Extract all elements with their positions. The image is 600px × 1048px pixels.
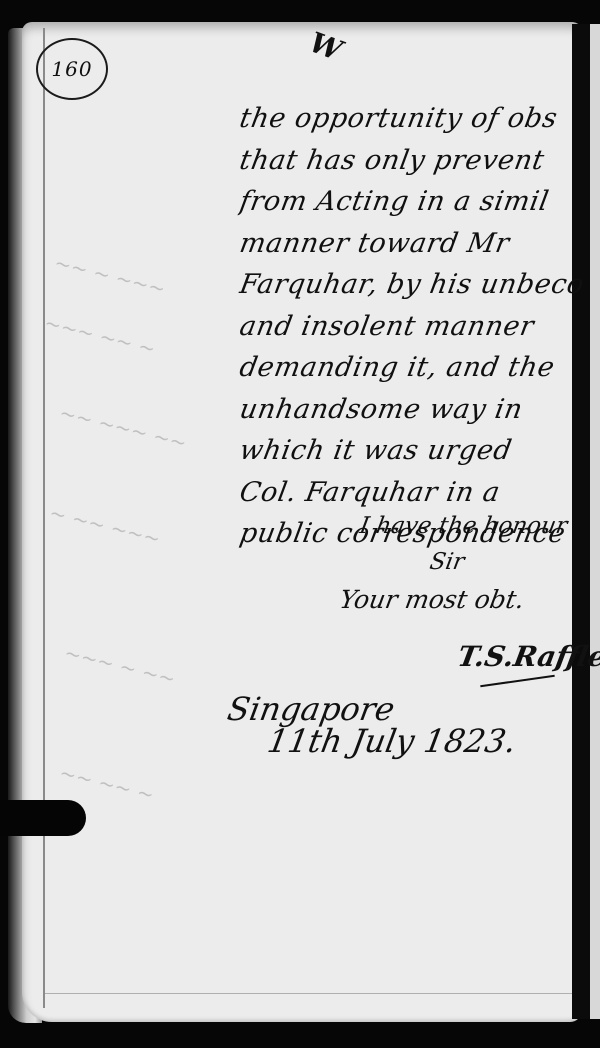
letter-line: demanding it, and the (236, 347, 588, 389)
signature: T.S.Raffles (455, 640, 600, 673)
page-bottom-fold (45, 993, 580, 994)
letter-line: that has only prevent (236, 140, 588, 182)
closing-formula: I have the honour (358, 513, 570, 539)
closing-salutation: Sir (428, 549, 467, 575)
letter-line: the opportunity of obs (236, 98, 588, 140)
adjacent-page-edge (590, 24, 600, 1019)
folio-number-circle: 160 (36, 38, 108, 100)
letter-line: which it was urged (236, 430, 588, 472)
letter-line: from Acting in a simil (236, 181, 588, 223)
letter-date: 11th July 1823. (265, 722, 520, 760)
letter-line: Farquhar, by his unbeco (236, 264, 588, 306)
scanned-page-background: 160 W ~~ ~ ~~~ ~~~ ~~ ~ ~~ ~~~ ~~ ~ ~~ ~… (0, 0, 600, 1048)
letter-line: manner toward Mr (236, 223, 588, 265)
folio-number: 160 (51, 57, 92, 81)
letter-line: and insolent manner (236, 306, 588, 348)
page-margin-line (43, 28, 45, 1008)
letter-line: unhandsome way in (236, 389, 588, 431)
letter-body: the opportunity of obs that has only pre… (240, 98, 585, 555)
closing-valediction: Your most obt. (337, 585, 526, 614)
clip-tab (0, 800, 86, 836)
letter-line: Col. Farquhar in a (236, 472, 588, 514)
